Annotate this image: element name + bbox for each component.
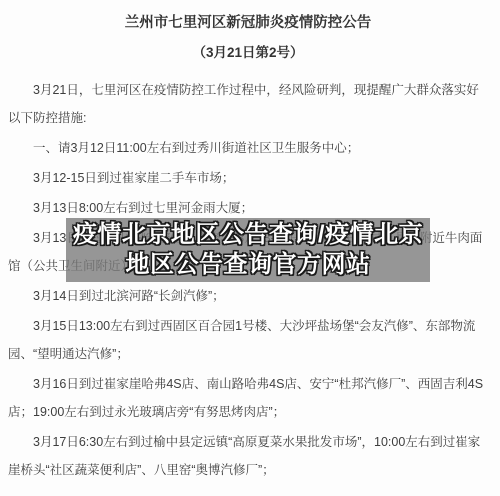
notice-paragraph-item: 3月15日13:00左右到过西固区百合园1号楼、大沙坪盐场堡“会友汽修”、东部物… [8, 312, 488, 368]
notice-paragraph-intro: 3月21日，七里河区在疫情防控工作过程中，经风险研判，现提醒广大群众落实好以下防… [8, 76, 488, 132]
notice-title: 兰州市七里河区新冠肺炎疫情防控公告 [8, 10, 488, 34]
notice-paragraph-item: 3月12-15日到过崔家崖二手车市场； [8, 164, 488, 192]
notice-paragraph-item: 3月17日6:30左右到过榆中县定远镇“高原夏菜水果批发市场”，10:00左右到… [8, 428, 488, 484]
notice-paragraph-item: 3月14日到过北滨河路“长剑汽修”； [8, 282, 488, 310]
notice-page: 兰州市七里河区新冠肺炎疫情防控公告 （3月21日第2号） 3月21日，七里河区在… [0, 0, 500, 496]
watermark-overlay: 疫情北京地区公告查询/疫情北京地区公告查询官方网站 [66, 218, 430, 282]
notice-paragraph-item: 3月16日到过崔家崖哈弗4S店、南山路哈弗4S店、安宁“杜邦汽修厂”、西固吉利4… [8, 370, 488, 426]
notice-subtitle: （3月21日第2号） [8, 43, 488, 63]
watermark-text: 疫情北京地区公告查询/疫情北京地区公告查询官方网站 [66, 220, 430, 280]
notice-paragraph-item: 一、请3月12日11:00左右到过秀川街道社区卫生服务中心； [8, 134, 488, 162]
